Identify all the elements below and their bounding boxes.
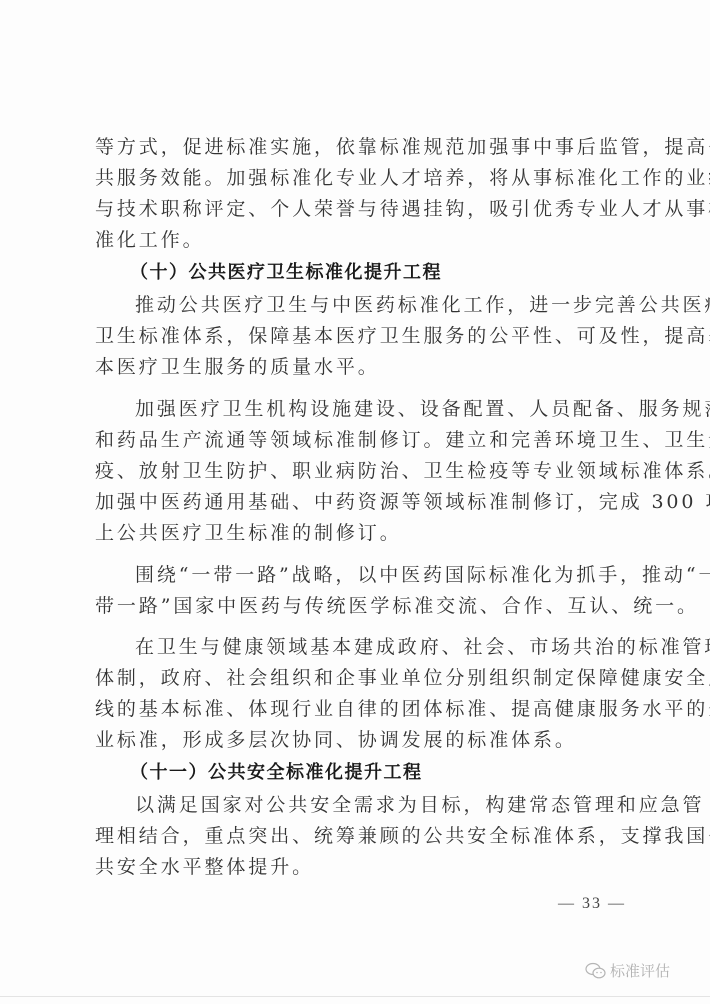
text-line: 线的基本标准、体现行业自律的团体标准、提高健康服务水平的企: [95, 694, 630, 724]
watermark: 标准评估: [585, 960, 670, 981]
text-line: 上公共医疗卫生标准的制修订。: [95, 518, 630, 548]
text-line: 准化工作。: [95, 225, 630, 255]
text-line: 业标准，形成多层次协同、协调发展的标准体系。: [95, 725, 630, 755]
text-line: 加强医疗卫生机构设施建设、设备配置、人员配备、服务规范: [135, 394, 630, 424]
text-line: 推动公共医疗卫生与中医药标准化工作，进一步完善公共医疗: [135, 290, 630, 320]
text-line: 以满足国家对公共安全需求为目标，构建常态管理和应急管: [135, 790, 630, 820]
text-line: 共安全水平整体提升。: [95, 852, 630, 882]
text-line: 加强中医药通用基础、中药资源等领域标准制修订，完成 300 项以: [95, 487, 630, 517]
text-line: 卫生标准体系，保障基本医疗卫生服务的公平性、可及性，提高基: [95, 321, 630, 351]
text-line: 等方式，促进标准实施，依靠标准规范加强事中事后监管，提高公: [95, 132, 630, 162]
watermark-text: 标准评估: [610, 960, 670, 981]
bottom-divider: [0, 996, 710, 997]
text-line: 在卫生与健康领域基本建成政府、社会、市场共治的标准管理: [135, 632, 630, 662]
wechat-icon: [585, 962, 607, 980]
page-number: — 33 —: [558, 895, 626, 913]
text-line: 围绕“一带一路”战略，以中医药国际标准化为抓手，推动“一: [135, 560, 630, 590]
text-line: 体制，政府、社会组织和企事业单位分别组织制定保障健康安全底: [95, 663, 630, 693]
text-line: 共服务效能。加强标准化专业人才培养，将从事标准化工作的业绩: [95, 163, 630, 193]
text-line: 和药品生产流通等领域标准制修订。建立和完善环境卫生、卫生免: [95, 425, 630, 455]
text-line: 本医疗卫生服务的质量水平。: [95, 352, 630, 382]
section-heading: （十一）公共安全标准化提升工程: [130, 758, 665, 788]
text-line: 与技术职称评定、个人荣誉与待遇挂钩，吸引优秀专业人才从事标: [95, 194, 630, 224]
text-line: 疫、放射卫生防护、职业病防治、卫生检疫等专业领域标准体系。: [95, 456, 630, 486]
text-line: 理相结合，重点突出、统筹兼顾的公共安全标准体系，支撑我国公: [95, 821, 630, 851]
document-page: 等方式，促进标准实施，依靠标准规范加强事中事后监管，提高公共服务效能。加强标准化…: [0, 0, 710, 1004]
text-line: 带一路”国家中医药与传统医学标准交流、合作、互认、统一。: [95, 591, 630, 621]
section-heading: （十）公共医疗卫生标准化提升工程: [130, 258, 665, 288]
